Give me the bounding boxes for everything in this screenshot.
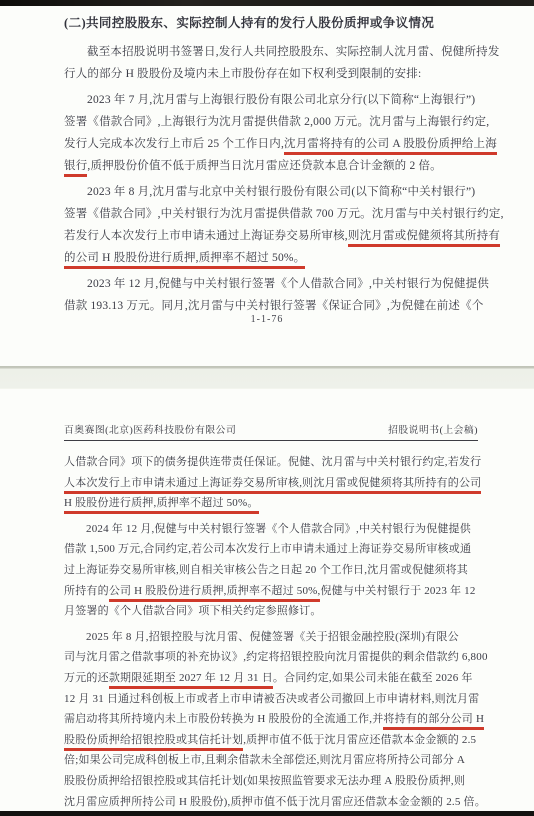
photo-bottom-edge bbox=[0, 811, 534, 816]
text-line: 签署《借款合同》,中关村银行为沈月雷提供借款 700 万元。沈月雷与中关村银行约… bbox=[64, 203, 478, 225]
text-segment: 万元的还 bbox=[64, 672, 109, 684]
red-underline-annotation: 款期限延期至 2027 年 12 月 31 日 bbox=[109, 672, 273, 689]
text-segment: 2025 年 8 月,招银控股与沈月雷、倪健签署《关于招银金融控股(深圳)有限公 bbox=[86, 631, 459, 643]
text-segment: 发行人完成本次发行上市后 25 个工作日内, bbox=[64, 138, 284, 150]
text-segment: 2024 年 12 月,倪健与中关村银行签署《个人借款合同》,中关村银行为倪健提… bbox=[86, 523, 471, 535]
text-segment: 截至本招股说明书签署日,发行人共同控股股东、实际控制人沈月雷、倪健所持发 bbox=[87, 46, 500, 58]
page-number: 1-1-76 bbox=[0, 314, 534, 325]
text-segment: 司与沈月雷之借款事项的补充协议》,约定将招银控股向沈月雷提供的剩余借款约 6,8… bbox=[64, 651, 488, 663]
text-segment: 过上海证券交易所审核,则自相关审核公告之日起 20 个工作日,沈月雷或倪健须将其 bbox=[64, 564, 468, 576]
red-underline-annotation: 的公司 H 股股份进行质押,质押率不超过 50%。 bbox=[64, 252, 305, 269]
header-company-name: 百奥赛图(北京)医药科技股份有限公司 bbox=[64, 422, 236, 436]
text-segment: 2023 年 7 月,沈月雷与上海银行股份有限公司北京分行(以下简称“上海银行”… bbox=[87, 94, 475, 106]
page2-header: 百奥赛图(北京)医药科技股份有限公司 招股说明书(上会稿) bbox=[64, 422, 478, 441]
text-segment: 人借款合同》项下的债务提供连带责任保证。倪健、沈月雷与中关村银行约定,若发行 bbox=[64, 456, 481, 468]
text-line: 2023 年 8 月,沈月雷与北京中关村银行股份有限公司(以下简称“中关村银行”… bbox=[64, 181, 478, 203]
text-line: 人借款合同》项下的债务提供连带责任保证。倪健、沈月雷与中关村银行约定,若发行 bbox=[64, 452, 478, 473]
text-line: 月签署的《个人借款合同》项下相关约定参照修订。 bbox=[64, 601, 478, 622]
text-segment: 倪健与中关村银行于 2023 年 12 bbox=[320, 585, 475, 597]
red-underline-annotation: 公司 H 股股份进行质押,质押率不超过 50%, bbox=[109, 585, 321, 602]
text-line: 借款 1,500 万元,合同约定,若公司本次发行上市申请未通过上海证券交易所审核… bbox=[64, 539, 478, 560]
page1-body-text: 截至本招股说明书签署日,发行人共同控股股东、实际控制人沈月雷、倪健所持发行人的部… bbox=[64, 41, 478, 317]
page2-body-text: 人借款合同》项下的债务提供连带责任保证。倪健、沈月雷与中关村银行约定,若发行人本… bbox=[64, 452, 478, 812]
red-underline-annotation: 人本次发行上市申请未通过上海证券交易所审核,则沈月雷或倪健须将其所持有的公司 bbox=[64, 477, 481, 494]
red-underline-annotation: 将持有的部分公司 H bbox=[383, 713, 484, 730]
text-segment: 行人的部分 H 股股份及境内未上市股份存在如下权利受到限制的安排: bbox=[64, 68, 421, 80]
text-line: 发行人完成本次发行上市后 25 个工作日内,沈月雷将持有的公司 A 股股份质押给… bbox=[64, 133, 478, 155]
text-line: 12 月 31 日通过科创板上市或者上市申请被否决或者公司撤回上市申请材料,则沈… bbox=[64, 689, 478, 710]
red-underline-annotation: 则沈月雷或倪健须将其所持有 bbox=[348, 230, 500, 247]
text-line: 的公司 H 股股份进行质押,质押率不超过 50%。 bbox=[64, 247, 478, 269]
text-segment: 所持有的 bbox=[64, 585, 109, 597]
text-line: 过上海证券交易所审核,则自相关审核公告之日起 20 个工作日,沈月雷或倪健须将其 bbox=[64, 560, 478, 581]
red-underline-annotation: 沈月雷将持有的公司 A 股股份质押给上海 bbox=[284, 138, 497, 155]
text-segment: ,质押股份价值不低于质押当日沈月雷应还贷款本息合计金额的 2 倍。 bbox=[87, 160, 441, 172]
text-segment: 签署《借款合同》,上海银行为沈月雷提供借款 2,000 万元。沈月雷与上海银行约… bbox=[64, 116, 489, 128]
text-line: 2023 年 7 月,沈月雷与上海银行股份有限公司北京分行(以下简称“上海银行”… bbox=[64, 89, 478, 111]
text-segment: 。合同约定,如果公司未能在截至 2026 年 bbox=[273, 672, 473, 684]
text-line: 股股份质押给招银控股或其信托计划(如果按照监管要求无法办理 A 股股份质押,则 bbox=[64, 771, 478, 792]
text-segment: 签署《借款合同》,中关村银行为沈月雷提供借款 700 万元。沈月雷与中关村银行约… bbox=[64, 208, 504, 220]
text-line: 所持有的公司 H 股股份进行质押,质押率不超过 50%,倪健与中关村银行于 20… bbox=[64, 581, 478, 602]
text-segment: 借款 193.13 万元。同月,沈月雷与中关村银行签署《保证合同》,为倪健在前述… bbox=[64, 300, 484, 312]
text-segment: 借款 1,500 万元,合同约定,若公司本次发行上市申请未通过上海证券交易所审核… bbox=[64, 543, 471, 555]
section-heading: (二)共同控股股东、实际控制人持有的发行人股份质押或争议情况 bbox=[64, 13, 482, 31]
text-segment: 月签署的《个人借款合同》项下相关约定参照修订。 bbox=[64, 605, 322, 617]
text-line: 行人的部分 H 股股份及境内未上市股份存在如下权利受到限制的安排: bbox=[64, 63, 478, 85]
text-segment: ,质押市值不低于沈月雷应还借款本金金额的 2.5 bbox=[243, 734, 476, 746]
text-line: 2025 年 8 月,招银控股与沈月雷、倪健签署《关于招银金融控股(深圳)有限公 bbox=[64, 627, 478, 648]
page-break-band bbox=[0, 366, 534, 389]
text-segment: 2023 年 8 月,沈月雷与北京中关村银行股份有限公司(以下简称“中关村银行”… bbox=[87, 186, 475, 198]
text-line: 签署《借款合同》,上海银行为沈月雷提供借款 2,000 万元。沈月雷与上海银行约… bbox=[64, 111, 478, 133]
text-line: 股股份质押给招银控股或其信托计划,质押市值不低于沈月雷应还借款本金金额的 2.5 bbox=[64, 730, 478, 751]
text-line: 需启动将其所持境内未上市股份转换为 H 股股份的全流通工作,并将持有的部分公司 … bbox=[64, 709, 478, 730]
red-underline-annotation: 股股份质押给招银控股或其信托计划 bbox=[64, 734, 243, 751]
text-line: 万元的还款期限延期至 2027 年 12 月 31 日。合同约定,如果公司未能在… bbox=[64, 668, 478, 689]
text-line: 司与沈月雷之借款事项的补充协议》,约定将招银控股向沈月雷提供的剩余借款约 6,8… bbox=[64, 647, 478, 668]
text-line: 人本次发行上市申请未通过上海证券交易所审核,则沈月雷或倪健须将其所持有的公司 bbox=[64, 473, 478, 494]
text-segment: 倍;如果公司完成科创板上市,且剩余借款未全部偿还,则沈月雷应将所持公司部分 A bbox=[64, 754, 465, 766]
text-segment: 沈月雷应质押所持公司 H 股股份),质押市值不低于沈月雷应还借款本金金额的 2.… bbox=[64, 796, 486, 808]
text-segment: 12 月 31 日通过科创板上市或者上市申请被否决或者公司撤回上市申请材料,则沈… bbox=[64, 693, 479, 705]
text-line: 2023 年 12 月,倪健与中关村银行签署《个人借款合同》,中关村银行为倪健提… bbox=[64, 273, 478, 295]
photo-top-edge bbox=[0, 0, 534, 6]
red-underline-annotation: 银行 bbox=[64, 160, 87, 177]
text-line: 沈月雷应质押所持公司 H 股股份),质押市值不低于沈月雷应还借款本金金额的 2.… bbox=[64, 792, 478, 813]
text-line: 银行,质押股份价值不低于质押当日沈月雷应还贷款本息合计金额的 2 倍。 bbox=[64, 155, 478, 177]
text-line: 2024 年 12 月,倪健与中关村银行签署《个人借款合同》,中关村银行为倪健提… bbox=[64, 519, 478, 540]
text-segment: 需启动将其所持境内未上市股份转换为 H 股股份的全流通工作,并 bbox=[64, 713, 383, 725]
header-doc-type: 招股说明书(上会稿) bbox=[388, 422, 478, 436]
text-line: 倍;如果公司完成科创板上市,且剩余借款未全部偿还,则沈月雷应将所持公司部分 A bbox=[64, 750, 478, 771]
text-line: H 股股份进行质押,质押率不超过 50%。 bbox=[64, 493, 478, 514]
text-segment: 股股份质押给招银控股或其信托计划(如果按照监管要求无法办理 A 股股份质押,则 bbox=[64, 775, 465, 787]
text-line: 若发行人本次发行上市申请未通过上海证券交易所审核,则沈月雷或倪健须将其所持有 bbox=[64, 225, 478, 247]
text-segment: 2023 年 12 月,倪健与中关村银行签署《个人借款合同》,中关村银行为倪健提… bbox=[87, 278, 489, 290]
red-underline-annotation: H 股股份进行质押,质押率不超过 50%。 bbox=[64, 497, 259, 514]
text-segment: 若发行人本次发行上市申请未通过上海证券交易所审核, bbox=[64, 230, 348, 242]
text-line: 截至本招股说明书签署日,发行人共同控股股东、实际控制人沈月雷、倪健所持发 bbox=[64, 41, 478, 63]
